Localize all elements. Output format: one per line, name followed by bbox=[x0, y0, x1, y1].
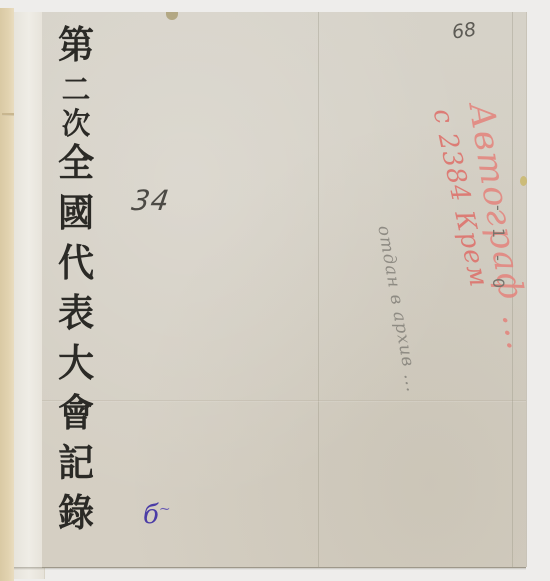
pencil-number-center: 34 bbox=[130, 184, 172, 217]
purple-ink-mark: б~ bbox=[143, 500, 171, 530]
vertical-title: 第 二 次 全 國 代 表 大 會 記 錄 bbox=[50, 26, 102, 544]
title-char: 第 bbox=[58, 26, 94, 76]
title-char: 國 bbox=[58, 194, 94, 244]
page-bottom-edge bbox=[14, 567, 526, 570]
title-char: 錄 bbox=[58, 494, 94, 544]
purple-mark-tail: ~ bbox=[159, 501, 171, 517]
title-char: 會 bbox=[58, 394, 94, 444]
binding-strip bbox=[0, 8, 14, 581]
cover-margin bbox=[14, 12, 45, 579]
right-stain bbox=[520, 176, 527, 186]
title-char: 次 bbox=[62, 110, 91, 144]
purple-mark-letter: б bbox=[143, 500, 159, 530]
title-char: 記 bbox=[58, 444, 94, 494]
title-char: 表 bbox=[58, 294, 94, 344]
title-char: 全 bbox=[58, 144, 94, 194]
title-char: 大 bbox=[58, 344, 94, 394]
pencil-number-top-right: 68 bbox=[451, 18, 478, 43]
title-char: 二 bbox=[62, 76, 91, 110]
document-page bbox=[42, 12, 526, 567]
right-edge-ticks: - 1 - 0 bbox=[489, 205, 508, 294]
title-char: 代 bbox=[58, 244, 94, 294]
